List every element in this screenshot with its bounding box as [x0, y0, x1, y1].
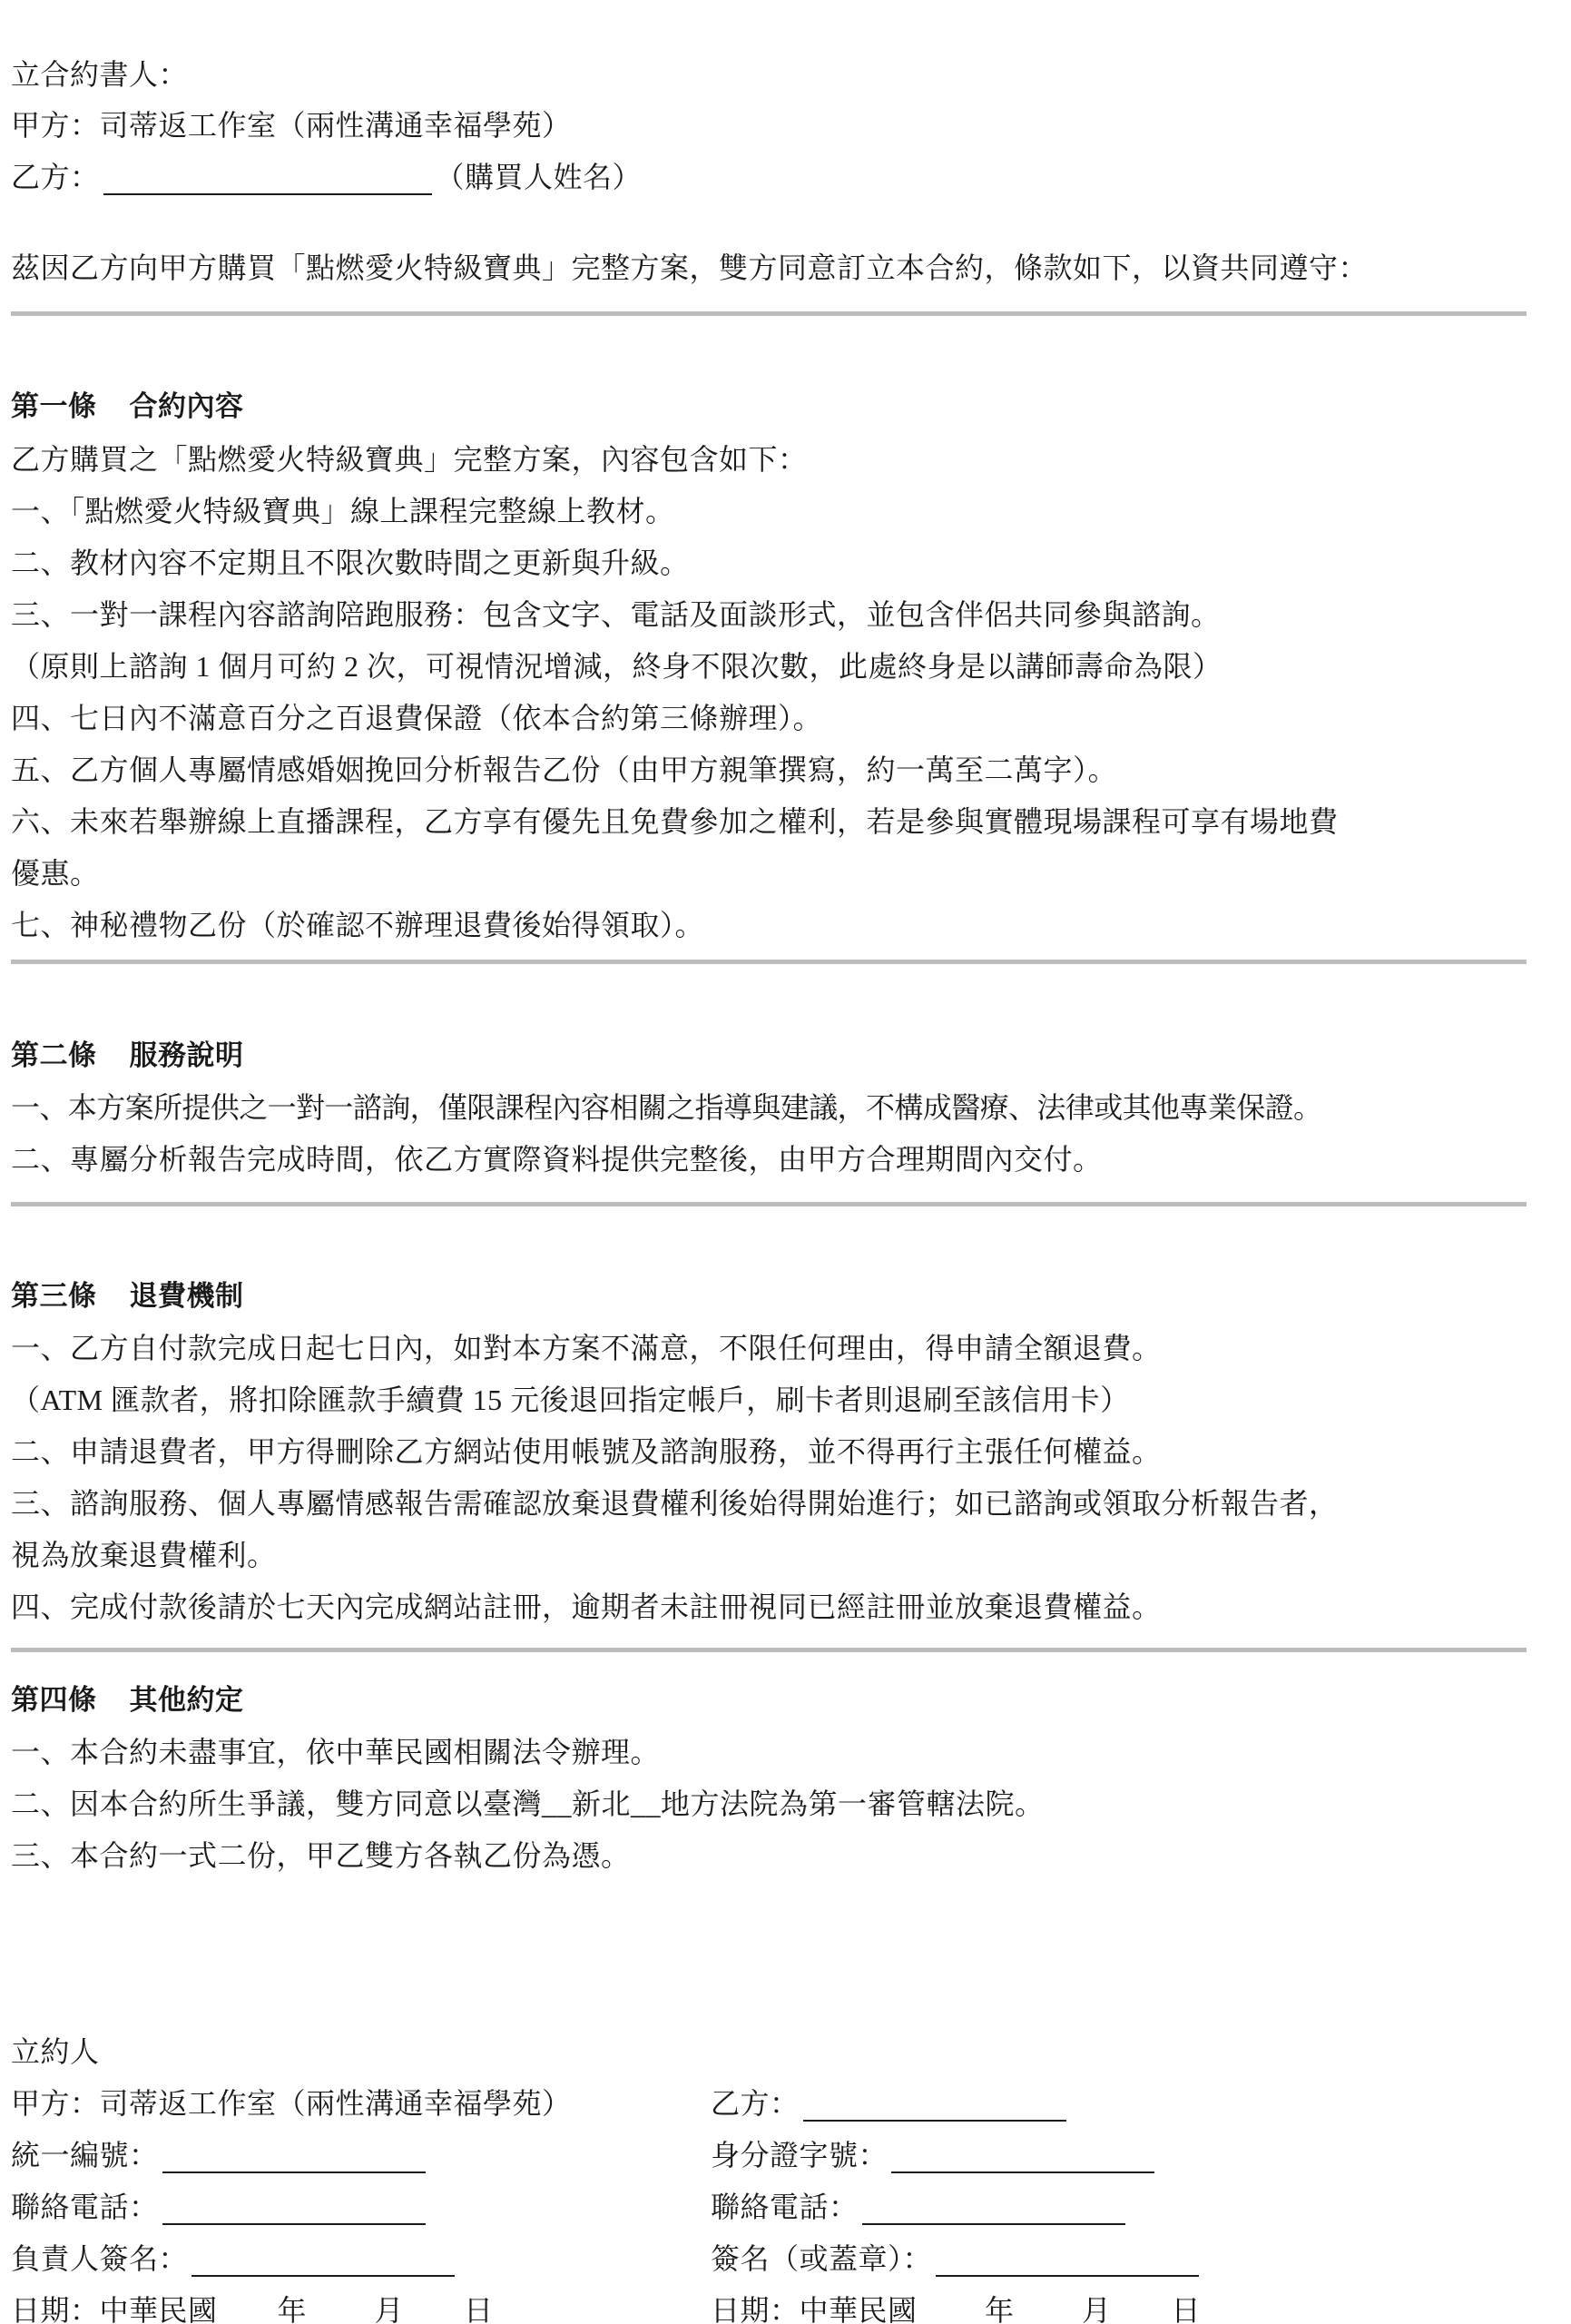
divider: [11, 1202, 1527, 1206]
article-1-line: 七、神秘禮物乙份（於確認不辦理退費後始得領取）。: [11, 907, 704, 943]
party-b-date-row: 日期：中華民國 年 月日: [711, 2292, 1201, 2324]
party-b-name-field[interactable]: [103, 166, 432, 195]
phone-label: 聯絡電話：: [711, 2191, 859, 2223]
id-label: 身分證字號：: [711, 2139, 888, 2171]
rep-sign-label: 負責人簽名：: [11, 2242, 188, 2275]
party-b-phone-row: 聯絡電話：: [711, 2189, 1129, 2225]
article-3-line: （ATM 匯款者，將扣除匯款手續費 15 元後退回指定帳戶，刷卡者則退刷至該信用…: [11, 1382, 1130, 1418]
signature-title: 立約人: [11, 2033, 100, 2070]
party-b-day-field[interactable]: [1114, 2299, 1170, 2324]
article-2-line: 一、本方案所提供之一對一諮詢，僅限課程內容相關之指導與建議，不構成醫療、法律或其…: [11, 1089, 1321, 1126]
article-title: 服務說明: [130, 1039, 244, 1072]
id-number-field[interactable]: [891, 2144, 1154, 2173]
party-a-day-field[interactable]: [406, 2299, 462, 2324]
party-b-signature-field[interactable]: [936, 2248, 1199, 2277]
party-b-id-row: 身分證字號：: [711, 2137, 1158, 2173]
sign-label: 簽名（或蓋章）：: [711, 2242, 932, 2275]
article-1-line: 六、未來若舉辦線上直播課程，乙方享有優先且免費參加之權利，若是參與實體現場課程可…: [11, 803, 1339, 840]
date-prefix: 日期：中華民國: [11, 2294, 218, 2324]
divider: [11, 960, 1527, 964]
article-1-line: （原則上諮詢 1 個月可約 2 次，可視情況增減，終身不限次數，此處終身是以講師…: [11, 648, 1222, 684]
article-4-line: 一、本合約未盡事宜，依中華民國相關法令辦理。: [11, 1734, 660, 1770]
article-title: 退費機制: [130, 1280, 244, 1313]
article-2-line: 二、專屬分析報告完成時間，依乙方實際資料提供完整後，由甲方合理期間內交付。: [11, 1141, 1103, 1177]
article-1-line: 四、七日內不滿意百分之百退費保證（依本合約第三條辦理）。: [11, 700, 822, 736]
article-title: 合約內容: [130, 390, 244, 423]
article-1-line: 二、教材內容不定期且不限次數時間之更新與升級。: [11, 545, 690, 581]
article-2-heading: 第二條服務說明: [11, 1038, 244, 1074]
article-1-line: 一、「點燃愛火特級寶典」線上課程完整線上教材。: [11, 493, 675, 529]
party-b-label: 乙方：: [11, 161, 100, 193]
article-number: 第三條: [11, 1280, 97, 1313]
month-label: 月: [375, 2294, 405, 2324]
article-4-line: 三、本合約一式二份，甲乙雙方各執乙份為憑。: [11, 1837, 631, 1874]
party-a-rep-sign-row: 負責人簽名：: [11, 2240, 458, 2277]
article-1-line: 乙方購買之「點燃愛火特級寶典」完整方案，內容包含如下：: [11, 441, 808, 478]
tax-id-label: 統一編號：: [11, 2139, 159, 2171]
party-b-name-label: 乙方：: [711, 2087, 800, 2120]
article-1-line: 五、乙方個人專屬情感婚姻挽回分析報告乙份（由甲方親筆撰寫，約一萬至二萬字）。: [11, 752, 1117, 788]
article-3-heading: 第三條退費機制: [11, 1278, 244, 1315]
article-3-line: 三、諮詢服務、個人專屬情感報告需確認放棄退費權利後始得開始進行；如已諮詢或領取分…: [11, 1485, 1339, 1521]
article-number: 第一條: [11, 390, 97, 423]
party-a-year-field[interactable]: [220, 2299, 276, 2324]
article-number: 第二條: [11, 1039, 97, 1072]
party-a-line: 甲方：司蒂返工作室（兩性溝通幸福學苑）: [11, 107, 572, 143]
party-a-date-row: 日期：中華民國年 月日: [11, 2292, 494, 2324]
year-label: 年: [985, 2294, 1015, 2324]
day-label: 日: [464, 2294, 494, 2324]
party-b-month-field[interactable]: [1024, 2299, 1080, 2324]
party-a-month-field[interactable]: [317, 2299, 373, 2324]
party-a-phone-field[interactable]: [162, 2196, 426, 2225]
tax-id-field[interactable]: [162, 2144, 426, 2173]
party-b-year-field[interactable]: [927, 2299, 983, 2324]
party-a-label: 甲方：: [11, 109, 100, 142]
party-b-sign-name-field[interactable]: [803, 2093, 1066, 2122]
preamble: 茲因乙方向甲方購買「點燃愛火特級寶典」完整方案，雙方同意訂立本合約，條款如下，以…: [11, 250, 1368, 286]
article-3-line: 四、完成付款後請於七天內完成網站註冊，逾期者未註冊視同已經註冊並放棄退費權益。: [11, 1589, 1162, 1625]
party-a-sign-name: 甲方：司蒂返工作室（兩性溝通幸福學苑）: [11, 2085, 572, 2122]
article-4-heading: 第四條其他約定: [11, 1682, 244, 1718]
month-label: 月: [1082, 2294, 1112, 2324]
article-4-line: 二、因本合約所生爭議，雙方同意以臺灣__新北__地方法院為第一審管轄法院。: [11, 1786, 1045, 1822]
party-b-sign-row: 簽名（或蓋章）：: [711, 2240, 1203, 2277]
date-prefix: 日期：中華民國: [711, 2294, 918, 2324]
party-a-phone-row: 聯絡電話：: [11, 2189, 429, 2225]
article-1-heading: 第一條合約內容: [11, 389, 244, 425]
day-label: 日: [1172, 2294, 1202, 2324]
article-1-line: 三、一對一課程內容諮詢陪跑服務：包含文字、電話及面談形式，並包含伴侶共同參與諮詢…: [11, 596, 1221, 633]
article-3-line: 二、申請退費者，甲方得刪除乙方網站使用帳號及諮詢服務，並不得再行主張任何權益。: [11, 1433, 1162, 1470]
article-3-line: 一、乙方自付款完成日起七日內，如對本方案不滿意，不限任何理由，得申請全額退費。: [11, 1330, 1162, 1366]
parties-title: 立合約書人：: [11, 56, 188, 93]
party-a-tax-id-row: 統一編號：: [11, 2137, 429, 2173]
phone-label: 聯絡電話：: [11, 2191, 159, 2223]
article-number: 第四條: [11, 1684, 97, 1717]
divider: [11, 1648, 1527, 1652]
year-label: 年: [278, 2294, 308, 2324]
party-b-line: 乙方：（購買人姓名）: [11, 159, 642, 195]
divider: [11, 311, 1527, 316]
party-b-sign-name-row: 乙方：: [711, 2085, 1070, 2122]
party-b-hint: （購買人姓名）: [436, 161, 643, 193]
party-a-name: 司蒂返工作室（兩性溝通幸福學苑）: [100, 109, 572, 142]
party-b-phone-field[interactable]: [862, 2196, 1125, 2225]
article-3-line: 視為放棄退費權利。: [11, 1537, 277, 1573]
article-1-line: 優惠。: [11, 855, 100, 891]
rep-sign-field[interactable]: [191, 2248, 455, 2277]
article-title: 其他約定: [130, 1684, 244, 1717]
